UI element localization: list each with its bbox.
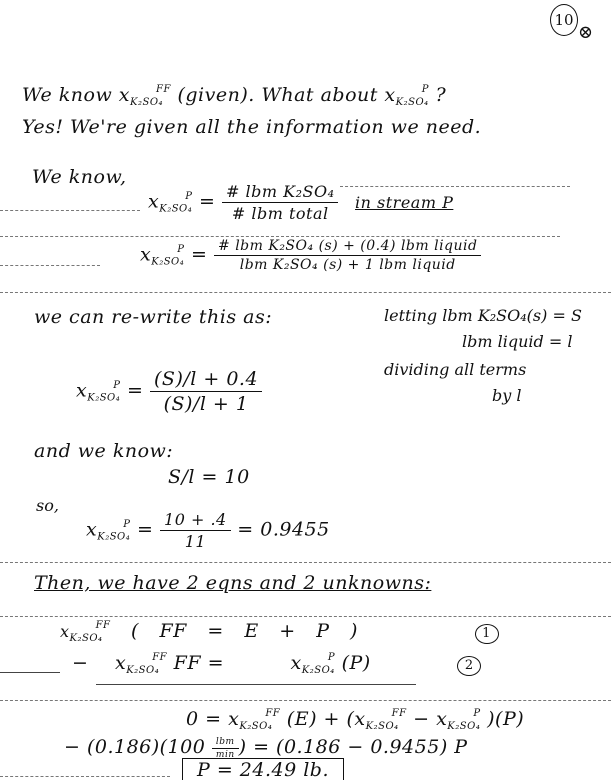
known-fraction: 10 + .4 11 [160,510,231,551]
corner-mark-icon: ⊗ [578,22,593,43]
known-heading: and we know: [34,440,173,462]
unit-fraction: lbm min [212,737,239,760]
page-number: 10 [550,4,578,36]
final-answer: P = 24.49 lb. [182,758,344,780]
definition-heading: We know, [32,166,127,188]
definition-fraction: # lbm K₂SO₄ # lbm total [222,182,338,223]
known-equation: xK₂SO₄P = 10 + .4 11 = 0.9455 [86,510,330,551]
rewrite-equation: xK₂SO₄P = (S)/l + 0.4 (S)/l + 1 [76,368,262,415]
side-note-3: dividing all terms [384,360,526,379]
solution-line-1: 0 = xK₂SO₄FF (E) + (xK₂SO₄FF − xK₂SO₄P )… [186,708,524,732]
solution-line-2: − (0.186)(100 lbm min ) = (0.186 − 0.945… [64,736,468,760]
rewrite-fraction: (S)/l + 0.4 (S)/l + 1 [150,368,262,415]
intro-line-2: Yes! We're given all the information we … [22,116,481,138]
expanded-equation: xK₂SO₄P = # lbm K₂SO₄ (s) + (0.4) lbm li… [140,238,481,273]
intro-line-1: We know xK₂SO₄FF (given). What about xK₂… [22,84,446,108]
side-note-4: by l [492,386,521,405]
rewrite-heading: we can re-write this as: [34,306,272,328]
expanded-fraction: # lbm K₂SO₄ (s) + (0.4) lbm liquid lbm K… [214,238,481,273]
equation-1: xK₂SO₄FF ( FF = E + P ) 1 [60,620,499,644]
system-heading: Then, we have 2 eqns and 2 unknowns: [34,572,431,594]
definition-equation: xK₂SO₄P = # lbm K₂SO₄ # lbm total in str… [148,182,453,223]
equation-2: − xK₂SO₄FF FF = xK₂SO₄P (P) 2 [72,652,481,676]
so-label: so, [36,496,59,515]
side-note-1: letting lbm K₂SO₄(s) = S [384,306,582,325]
known-ratio: S/l = 10 [168,466,250,488]
side-note-2: lbm liquid = l [462,332,572,351]
